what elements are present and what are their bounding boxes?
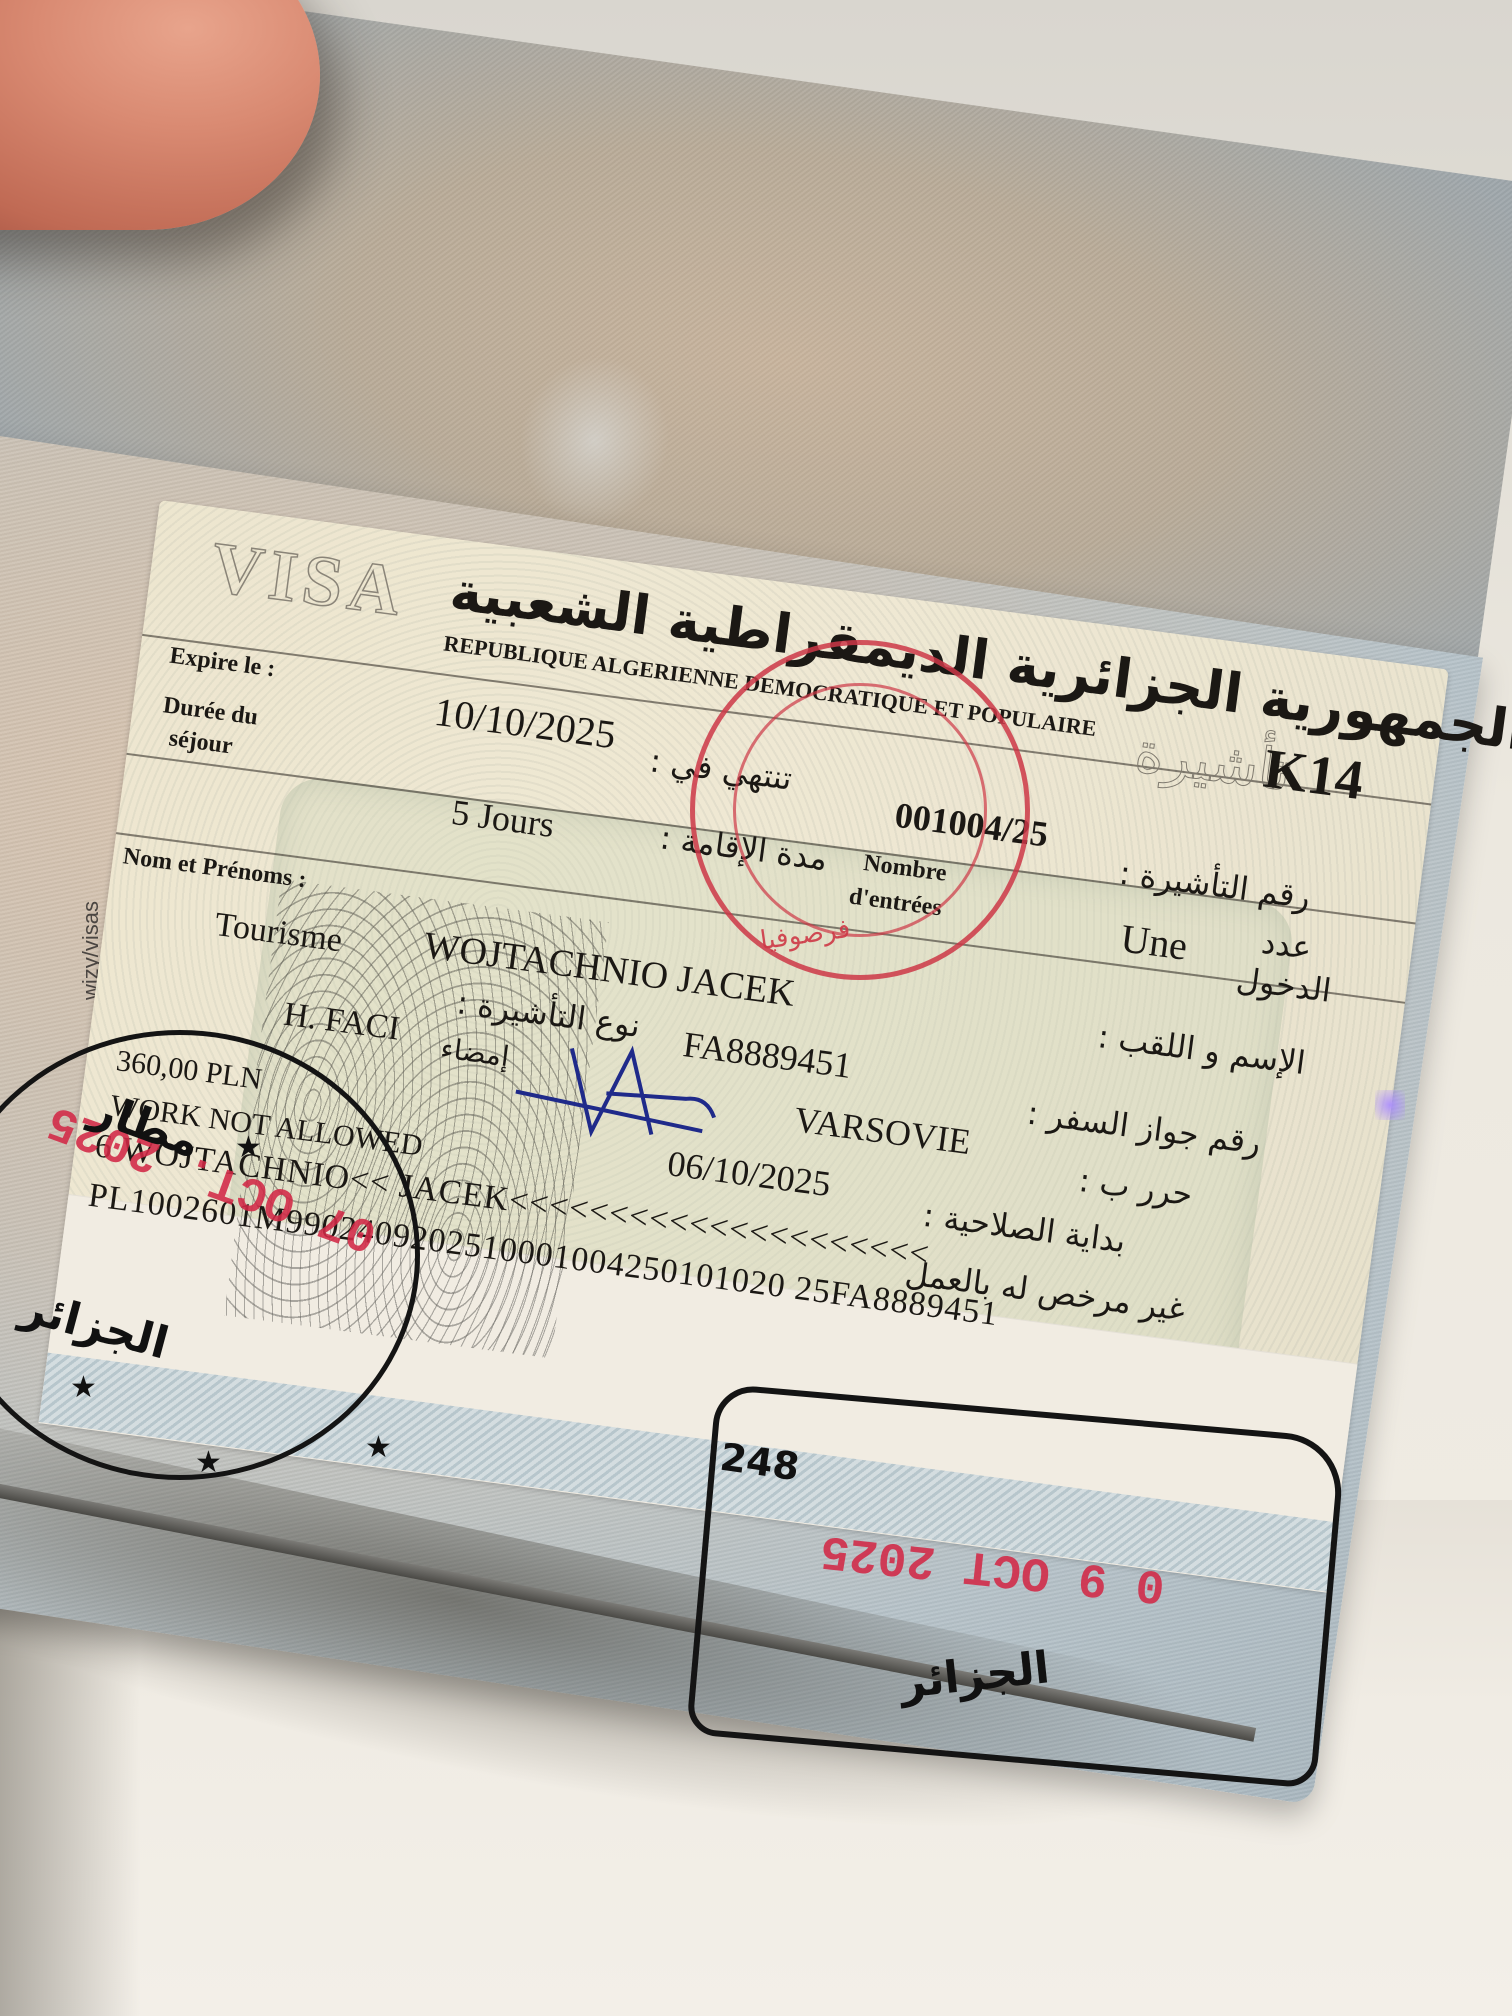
visa-watermark: VISA	[206, 526, 411, 634]
eagle-watermark-icon	[508, 346, 680, 535]
star-icon: ★	[70, 1370, 97, 1405]
star-icon: ★	[365, 1430, 392, 1465]
consular-seal-stamp	[690, 640, 1030, 980]
visa-category: K14	[1260, 737, 1367, 813]
star-icon: ★	[235, 1130, 262, 1165]
photo-scene: wizy/visas VISA الجمهورية الجزائرية الدي…	[0, 0, 1512, 2016]
hologram-star-icon	[1375, 1090, 1405, 1120]
entries-label-arabic-1: عدد	[1259, 923, 1314, 967]
entries-value: Une	[1118, 914, 1190, 969]
expiry-value: 10/10/2025	[432, 688, 619, 758]
star-icon: ★	[195, 1445, 222, 1480]
duration-label-2: séjour	[167, 725, 234, 760]
